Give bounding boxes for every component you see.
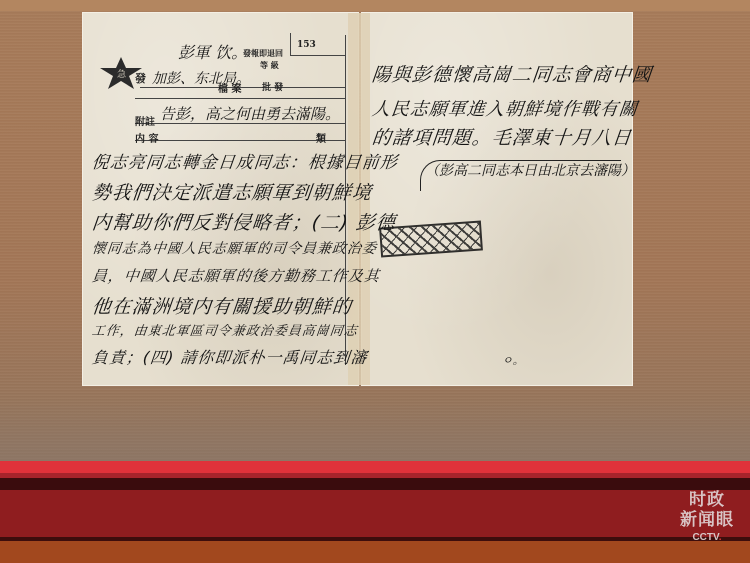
body-line: 的諸項問題。毛澤東十月八日 <box>371 123 634 150</box>
body-line: 他在滿洲境内有關援助朝鮮的 <box>91 292 354 319</box>
label-grade: 等 級 <box>260 60 279 71</box>
body-line: 工作，由東北軍區司令兼政治委員高崗同志 <box>91 320 359 339</box>
cctv-logo: CCTV. <box>672 532 742 543</box>
label-send: 發 <box>135 70 146 86</box>
body-line: 勢我們決定派遣志願軍到朝鮮境 <box>91 178 374 205</box>
form-rule-4 <box>135 140 345 141</box>
note-handwriting: 告彭，高之何由勇去滿陽。 <box>160 103 340 124</box>
display-ledge-top <box>0 461 750 473</box>
form-rule-2 <box>135 98 345 99</box>
mat-top-edge <box>0 0 750 11</box>
cctv-watermark: 时政 新闻眼 CCTV. <box>672 490 742 543</box>
label-approve: 批 發 <box>262 80 283 93</box>
heading-handwriting: 彭軍 饮。 <box>178 40 247 63</box>
page-number-box-border <box>290 33 291 55</box>
cctv-text: CCTV <box>692 532 718 543</box>
page-number: 153 <box>297 40 316 50</box>
body-line: 懷同志為中國人民志願軍的司令員兼政治委 <box>91 238 378 258</box>
body-line: 陽與彭德懷高崗二同志會商中國 <box>371 60 654 87</box>
label-category: 類 <box>316 130 326 145</box>
body-line: 員，中國人民志願軍的後方勤務工作及其 <box>91 265 381 286</box>
display-ledge-shadow <box>0 478 750 490</box>
cctv-dot: . <box>719 532 722 543</box>
body-line: 人民志願軍進入朝鮮境作戰有關 <box>371 95 640 121</box>
svg-text:急: 急 <box>117 68 127 80</box>
footer-mark: ㅇ。 <box>502 352 524 368</box>
watermark-line-1: 时政 <box>672 490 742 510</box>
body-line: 内幫助你們反對侵略者；(二) 彭德 <box>91 208 398 235</box>
display-ledge-base <box>0 541 750 563</box>
header-stamp: 發報即退回 <box>243 48 283 59</box>
label-note: 附註 <box>135 113 155 128</box>
display-ledge-body <box>0 490 750 537</box>
glass-reflection <box>0 400 750 462</box>
watermark-line-2: 新闻眼 <box>672 510 742 530</box>
page-number-box-bottom <box>290 55 345 56</box>
bracket-note: （彭高二同志本日由北京去瀋陽） <box>425 160 635 180</box>
body-line: 倪志亮同志轉金日成同志：根據目前形 <box>91 148 400 173</box>
label-content: 内 容 <box>135 130 158 145</box>
send-to-handwriting: 加彭、东北局。 <box>152 68 250 88</box>
body-line: 負責；(四) 請你即派朴一禹同志到瀋 <box>91 345 369 368</box>
